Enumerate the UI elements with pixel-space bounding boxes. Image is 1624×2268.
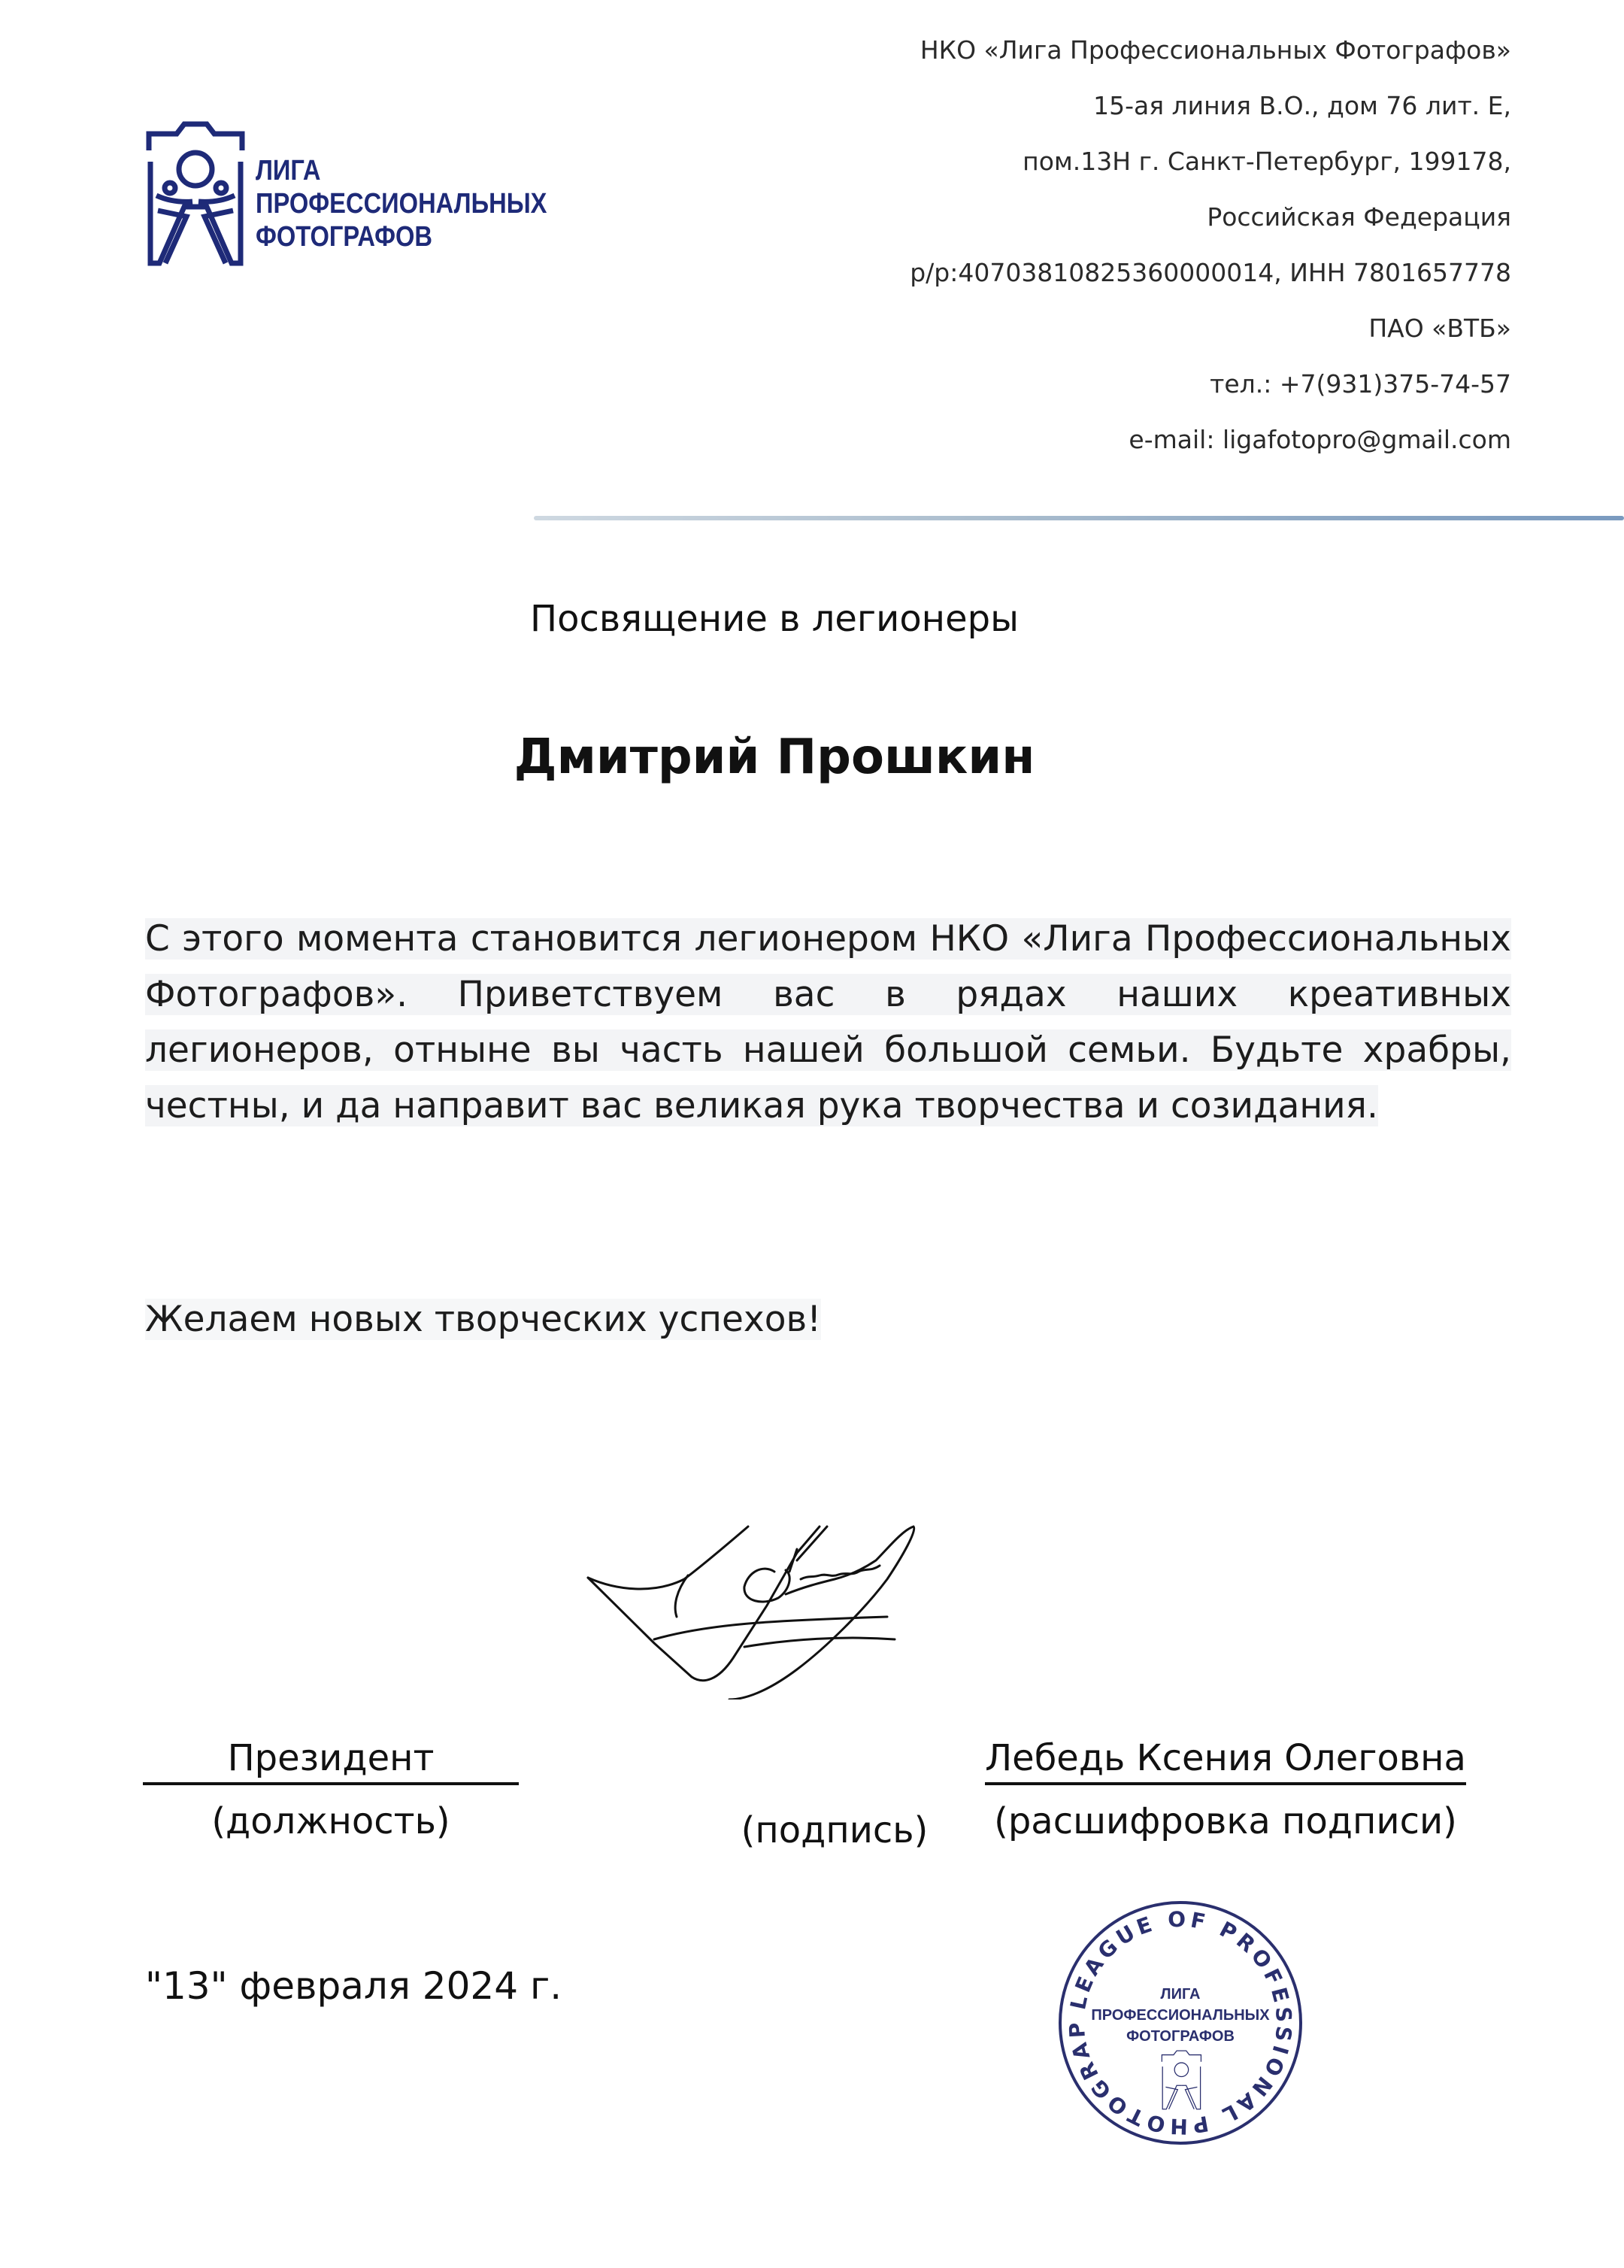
body-paragraph: С этого момента становится легионером НК… (145, 911, 1511, 1134)
logo-wordmark: ЛИГА ПРОФЕССИОНАЛЬНЫХ ФОТОГРАФОВ (256, 154, 547, 253)
position-caption: (должность) (143, 1800, 519, 1842)
address-line-1: 15-ая линия В.О., дом 76 лит. Е, (910, 78, 1511, 134)
phone: тел.: +7(931)375-74-57 (910, 356, 1511, 412)
email: e-mail: ligafotopro@gmail.com (910, 412, 1511, 468)
organization-stamp-icon: LEAGUE OF PROFESSIONAL PHOTOGRAPHERS ЛИГ… (1053, 1895, 1308, 2151)
organization-logo: ЛИГА ПРОФЕССИОНАЛЬНЫХ ФОТОГРАФОВ (143, 120, 594, 271)
wish-line: Желаем новых творческих успехов! (145, 1299, 821, 1340)
organization-requisites: НКО «Лига Профессиональных Фотографов» 1… (910, 23, 1511, 468)
bank-account: р/р:40703810825360000014, ИНН 7801657778 (910, 245, 1511, 301)
wish-text: Желаем новых творческих успехов! (145, 1299, 821, 1340)
logo-line-2: ПРОФЕССИОНАЛЬНЫХ (256, 187, 547, 220)
signer-name: Лебедь Ксения Олеговна (985, 1737, 1466, 1785)
signer-name-field: Лебедь Ксения Олеговна (расшифровка подп… (944, 1737, 1507, 1842)
stamp-line-3: ФОТОГРАФОВ (1126, 2028, 1235, 2045)
handwritten-signature-icon (571, 1496, 1007, 1699)
logo-line-1: ЛИГА (256, 154, 547, 187)
logo-line-3: ФОТОГРАФОВ (256, 220, 547, 253)
org-name: НКО «Лига Профессиональных Фотографов» (910, 23, 1511, 78)
country: Российская Федерация (910, 190, 1511, 245)
position-field: Президент (должность) (143, 1737, 519, 1842)
signature-row: Президент (должность) (подпись) Лебедь К… (0, 1737, 1624, 1842)
address-line-2: пом.13Н г. Санкт-Петербург, 199178, (910, 134, 1511, 190)
header-divider (534, 516, 1624, 520)
document-date: "13" февраля 2024 г. (145, 1964, 562, 2008)
bank-name: ПАО «ВТБ» (910, 301, 1511, 356)
camera-people-logo-icon (143, 120, 248, 271)
signer-name-caption: (расшифровка подписи) (944, 1800, 1507, 1842)
stamp-line-2: ПРОФЕССИОНАЛЬНЫХ (1091, 2007, 1270, 2024)
document-title: Посвящение в легионеры (0, 598, 1624, 640)
position-value: Президент (143, 1737, 519, 1785)
recipient-name: Дмитрий Прошкин (0, 729, 1624, 785)
stamp-line-1: ЛИГА (1161, 1986, 1201, 2003)
body-text: С этого момента становится легионером НК… (145, 918, 1511, 1126)
